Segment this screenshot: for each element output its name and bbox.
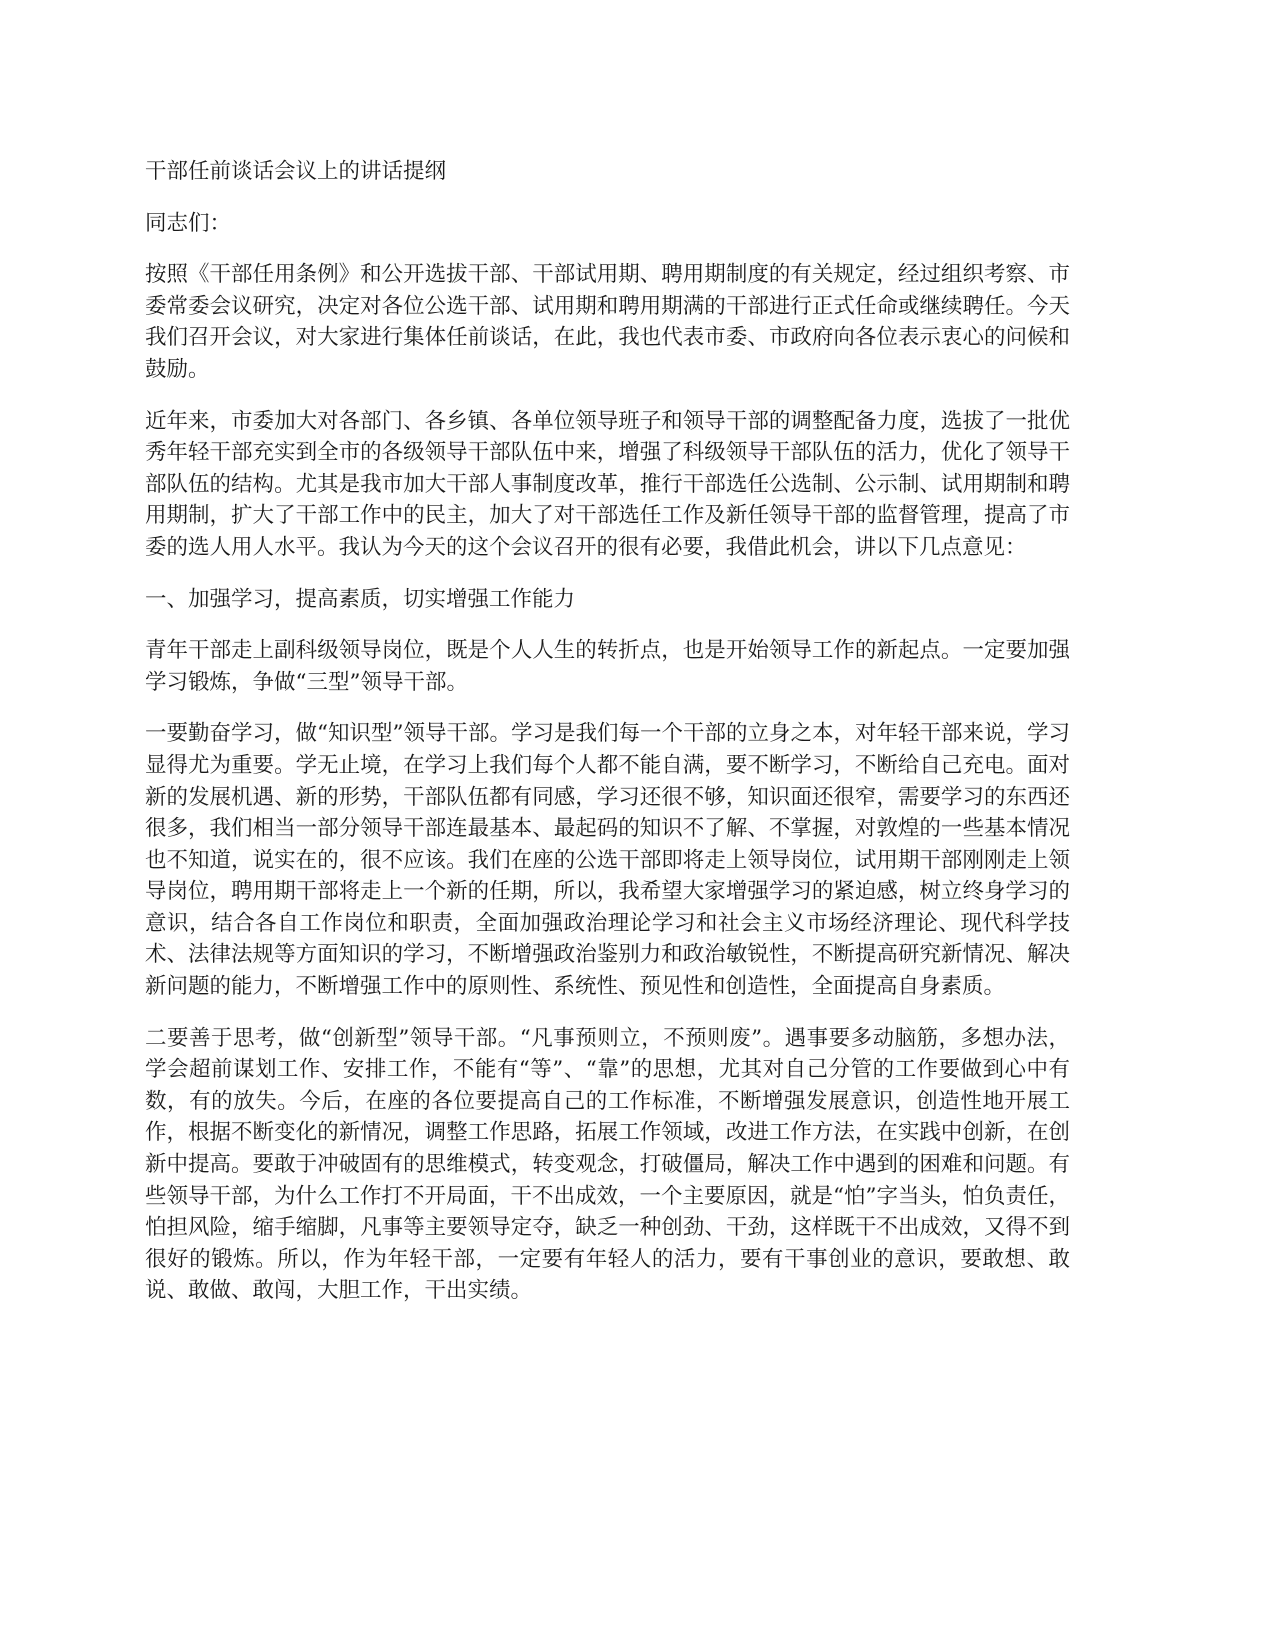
section-1-heading: 一、加强学习，提高素质，切实增强工作能力: [145, 584, 1070, 616]
document-title: 干部任前谈话会议上的讲话提纲: [145, 156, 1070, 188]
section-1-paragraph-1: 青年干部走上副科级领导岗位，既是个人人生的转折点，也是开始领导工作的新起点。一定…: [145, 635, 1070, 698]
section-1-paragraph-3: 二要善于思考，做“创新型”领导干部。“凡事预则立，不预则废”。遇事要多动脑筋，多…: [145, 1023, 1070, 1307]
greeting: 同志们：: [145, 208, 1070, 240]
intro-paragraph-1: 按照《干部任用条例》和公开选拔干部、干部试用期、聘用期制度的有关规定，经过组织考…: [145, 259, 1070, 385]
intro-paragraph-2: 近年来，市委加大对各部门、各乡镇、各单位领导班子和领导干部的调整配备力度，选拔了…: [145, 406, 1070, 564]
document-page: 干部任前谈话会议上的讲话提纲 同志们： 按照《干部任用条例》和公开选拔干部、干部…: [145, 156, 1070, 1327]
section-1-paragraph-2: 一要勤奋学习，做“知识型”领导干部。学习是我们每一个干部的立身之本，对年轻干部来…: [145, 718, 1070, 1002]
